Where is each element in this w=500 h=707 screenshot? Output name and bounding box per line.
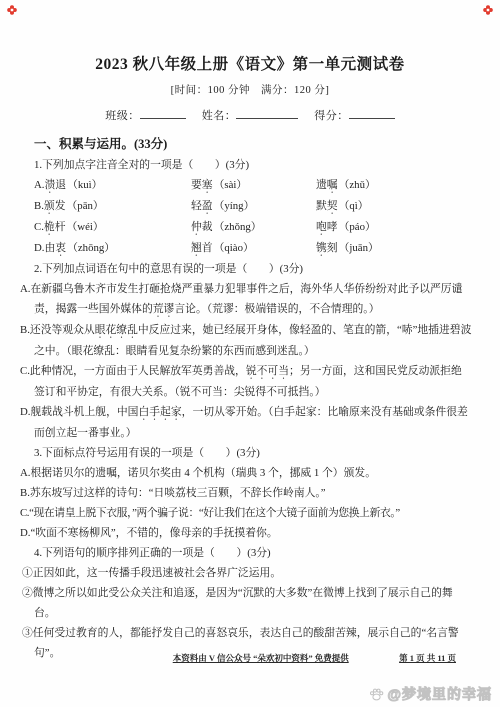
watermark: @梦境里的幸福 [369, 684, 492, 704]
q1-options: A.溃退（kuì） 要塞（sài） 遗嘱（zhǔ） B.颁发（pān） 轻盈（y… [34, 175, 472, 259]
q1-number: 1. [34, 159, 42, 171]
corner-mark-icon [483, 5, 493, 15]
paw-icon [369, 687, 384, 702]
q1-option-row-c: C.桅杆（wéi） 仲裁（zhǒng） 咆哮（páo） [34, 217, 472, 238]
q4-number: 4. [34, 547, 42, 559]
page-number: 第 1 页 共 11 页 [399, 652, 456, 664]
q3-number: 3. [34, 447, 42, 459]
test-paper-page: 2023 秋八年级上册《语文》第一单元测试卷 [时间：100 分钟 满分：120… [0, 0, 500, 707]
q2-option-b: B.还没等观众从眼花缭乱中反应过来，她已经展开身体，像轻盈的、笔直的箭，“哧”地… [34, 320, 472, 361]
exam-info-line: [时间：100 分钟 满分：120 分] [0, 82, 500, 97]
q1-option-row-d: D.由衷（zhōng） 翘首（qiào） 镌刻（juān） [34, 238, 472, 259]
name-label: 姓名： [202, 110, 237, 122]
q4-item-2: ②微博之所以如此受公众关注和追逐，是因为“沉默的大多数”在微博上找到了展示自己的… [34, 583, 472, 623]
class-blank [140, 107, 186, 119]
corner-mark-icon [7, 5, 17, 15]
q2-number: 2. [34, 263, 42, 275]
student-info-fields: 班级：姓名：得分： [0, 107, 500, 123]
score-label: 得分： [314, 110, 349, 122]
name-blank [236, 107, 298, 119]
q4-stem: 4.下列语句的顺序排列正确的一项是（ ）(3分) [34, 543, 472, 563]
score-blank [349, 107, 395, 119]
q1-option-row-b: B.颁发（pān） 轻盈（yíng） 默契（qì） [34, 196, 472, 217]
class-label: 班级： [105, 110, 140, 122]
watermark-text: @梦境里的幸福 [387, 684, 492, 704]
questions-body: 1.下列加点字注音全对的一项是（ ）(3分) A.溃退（kuì） 要塞（sài）… [34, 155, 472, 663]
page-title: 2023 秋八年级上册《语文》第一单元测试卷 [0, 0, 500, 74]
q3-option-d: D.“吹面不寒杨柳风”，不错的，像母亲的手抚摸着你。 [34, 523, 472, 543]
q3-option-b: B.苏东坡写过这样的诗句：“日啖荔枝三百颗，不辞长作岭南人。” [34, 483, 472, 503]
page-footer: 本资料由 V 信公众号 “朵欢初中资料” 免费提供 第 1 页 共 11 页 [34, 652, 470, 666]
footer-source-note: 本资料由 V 信公众号 “朵欢初中资料” 免费提供 [173, 652, 349, 664]
q2-stem: 2.下列加点词语在句中的意思有误的一项是（ ）(3分) [34, 259, 472, 279]
q2-option-c: C.此种情况，一方面由于人民解放军英勇善战，锐不可当；另一方面，这和国民党反动派… [34, 361, 472, 402]
q4-item-1: ①正因如此，这一传播手段迅速被社会各界广泛运用。 [34, 563, 472, 583]
q3-option-a: A.根据诺贝尔的遗嘱，诺贝尔奖由 4 个机构（瑞典 3 个，挪威 1 个）颁发。 [34, 463, 472, 483]
q1-option-row-a: A.溃退（kuì） 要塞（sài） 遗嘱（zhǔ） [34, 175, 472, 196]
section-heading: 一、积累与运用。(33分) [34, 134, 500, 152]
q3-stem: 3.下面标点符号运用有误的一项是（ ）(3分) [34, 443, 472, 463]
q2-option-a: A.在新疆乌鲁木齐市发生打砸抢烧严重暴力犯罪事件之后，海外华人华侨纷纷对此予以严… [34, 279, 472, 320]
q3-option-c: C.“现在请皇上脱下衣服，”两个骗子说：“好让我们在这个大镜子面前为您换上新衣。… [34, 503, 472, 523]
q1-stem: 1.下列加点字注音全对的一项是（ ）(3分) [34, 155, 472, 175]
q2-option-d: D.舰载战斗机上舰，中国白手起家，一切从零开始。（白手起家：比喻原来没有基础或条… [34, 402, 472, 443]
